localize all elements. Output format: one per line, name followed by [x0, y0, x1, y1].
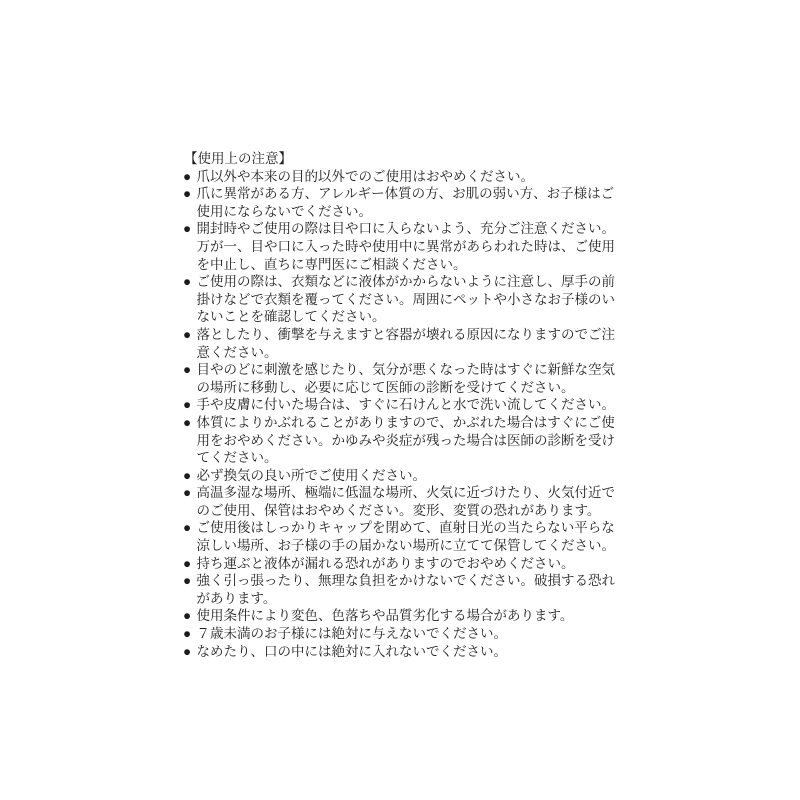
bullet-icon: ● — [183, 643, 197, 661]
bullet-icon: ● — [183, 185, 197, 203]
bullet-icon: ● — [183, 326, 197, 344]
notice-item: ●強く引っ張ったり、無理な負担をかけないでください。破損する恐れ があります。 — [183, 572, 621, 607]
bullet-icon: ● — [183, 467, 197, 485]
notice-item-text: 強く引っ張ったり、無理な負担をかけないでください。破損する恐れ があります。 — [197, 572, 622, 607]
notice-item-text: 体質によりかぶれることがありますので、かぶれた場合はすぐにご使 用をおやめくださ… — [197, 414, 622, 467]
notice-item-text: 爪に異常がある方、アレルギー体質の方、お肌の弱い方、お子様はご 使用にならないで… — [197, 185, 622, 220]
notice-item-text: 爪以外や本来の目的以外でのご使用はおやめください。 — [197, 168, 622, 186]
notice-item: ●爪に異常がある方、アレルギー体質の方、お肌の弱い方、お子様はご 使用にならない… — [183, 185, 621, 220]
notice-item-text: なめたり、口の中には絶対に入れないでください。 — [197, 643, 622, 661]
bullet-icon: ● — [183, 414, 197, 432]
notice-item-text: 落としたり、衝撃を与えますと容器が壊れる原因になりますのでご注 意ください。 — [197, 326, 622, 361]
notice-item: ●７歳未満のお子様には絶対に与えないでください。 — [183, 625, 621, 643]
notice-item: ●体質によりかぶれることがありますので、かぶれた場合はすぐにご使 用をおやめくだ… — [183, 414, 621, 467]
notice-item: ●なめたり、口の中には絶対に入れないでください。 — [183, 643, 621, 661]
bullet-icon: ● — [183, 396, 197, 414]
bullet-icon: ● — [183, 484, 197, 502]
notice-item-text: 目やのどに刺激を感じたり、気分が悪くなった時はすぐに新鮮な空気 の場所に移動し、… — [197, 361, 622, 396]
bullet-icon: ● — [183, 220, 197, 238]
notice-item: ●爪以外や本来の目的以外でのご使用はおやめください。 — [183, 168, 621, 186]
notice-item-text: 開封時やご使用の際は目や口に入らないよう、充分ご注意ください。 万が一、目や口に… — [197, 220, 622, 273]
notice-item-text: 持ち運ぶと液体が漏れる恐れがありますのでおやめください。 — [197, 555, 622, 573]
notice-item: ●落としたり、衝撃を与えますと容器が壊れる原因になりますのでご注 意ください。 — [183, 326, 621, 361]
notice-item-text: 高温多湿な場所、極端に低温な場所、火気に近づけたり、火気付近で のご使用、保管は… — [197, 484, 622, 519]
usage-notice-section: 【使用上の注意】 ●爪以外や本来の目的以外でのご使用はおやめください。●爪に異常… — [183, 150, 621, 660]
notice-item-text: 使用条件により変色、色落ちや品質劣化する場合があります。 — [197, 607, 622, 625]
notice-list: ●爪以外や本来の目的以外でのご使用はおやめください。●爪に異常がある方、アレルギ… — [183, 168, 621, 661]
notice-item: ●使用条件により変色、色落ちや品質劣化する場合があります。 — [183, 607, 621, 625]
notice-item: ●ご使用後はしっかりキャップを閉めて、直射日光の当たらない平らな 涼しい場所、お… — [183, 519, 621, 554]
bullet-icon: ● — [183, 555, 197, 573]
notice-title: 【使用上の注意】 — [184, 150, 621, 168]
notice-item: ●高温多湿な場所、極端に低温な場所、火気に近づけたり、火気付近で のご使用、保管… — [183, 484, 621, 519]
bullet-icon: ● — [183, 168, 197, 186]
notice-item: ●持ち運ぶと液体が漏れる恐れがありますのでおやめください。 — [183, 555, 621, 573]
bullet-icon: ● — [183, 273, 197, 291]
bullet-icon: ● — [183, 625, 197, 643]
bullet-icon: ● — [183, 519, 197, 537]
notice-item: ●手や皮膚に付いた場合は、すぐに石けんと水で洗い流してください。 — [183, 396, 621, 414]
bullet-icon: ● — [183, 572, 197, 590]
notice-item: ●必ず換気の良い所でご使用ください。 — [183, 467, 621, 485]
notice-item-text: 手や皮膚に付いた場合は、すぐに石けんと水で洗い流してください。 — [197, 396, 622, 414]
page: 【使用上の注意】 ●爪以外や本来の目的以外でのご使用はおやめください。●爪に異常… — [0, 0, 800, 800]
notice-item: ●開封時やご使用の際は目や口に入らないよう、充分ご注意ください。 万が一、目や口… — [183, 220, 621, 273]
notice-item-text: ７歳未満のお子様には絶対に与えないでください。 — [197, 625, 622, 643]
notice-item: ●ご使用の際は、衣類などに液体がかからないように注意し、厚手の前 掛けなどで衣類… — [183, 273, 621, 326]
bullet-icon: ● — [183, 361, 197, 379]
notice-item-text: 必ず換気の良い所でご使用ください。 — [197, 467, 622, 485]
notice-item-text: ご使用の際は、衣類などに液体がかからないように注意し、厚手の前 掛けなどで衣類を… — [197, 273, 622, 326]
notice-item: ●目やのどに刺激を感じたり、気分が悪くなった時はすぐに新鮮な空気 の場所に移動し… — [183, 361, 621, 396]
notice-item-text: ご使用後はしっかりキャップを閉めて、直射日光の当たらない平らな 涼しい場所、お子… — [197, 519, 622, 554]
bullet-icon: ● — [183, 607, 197, 625]
